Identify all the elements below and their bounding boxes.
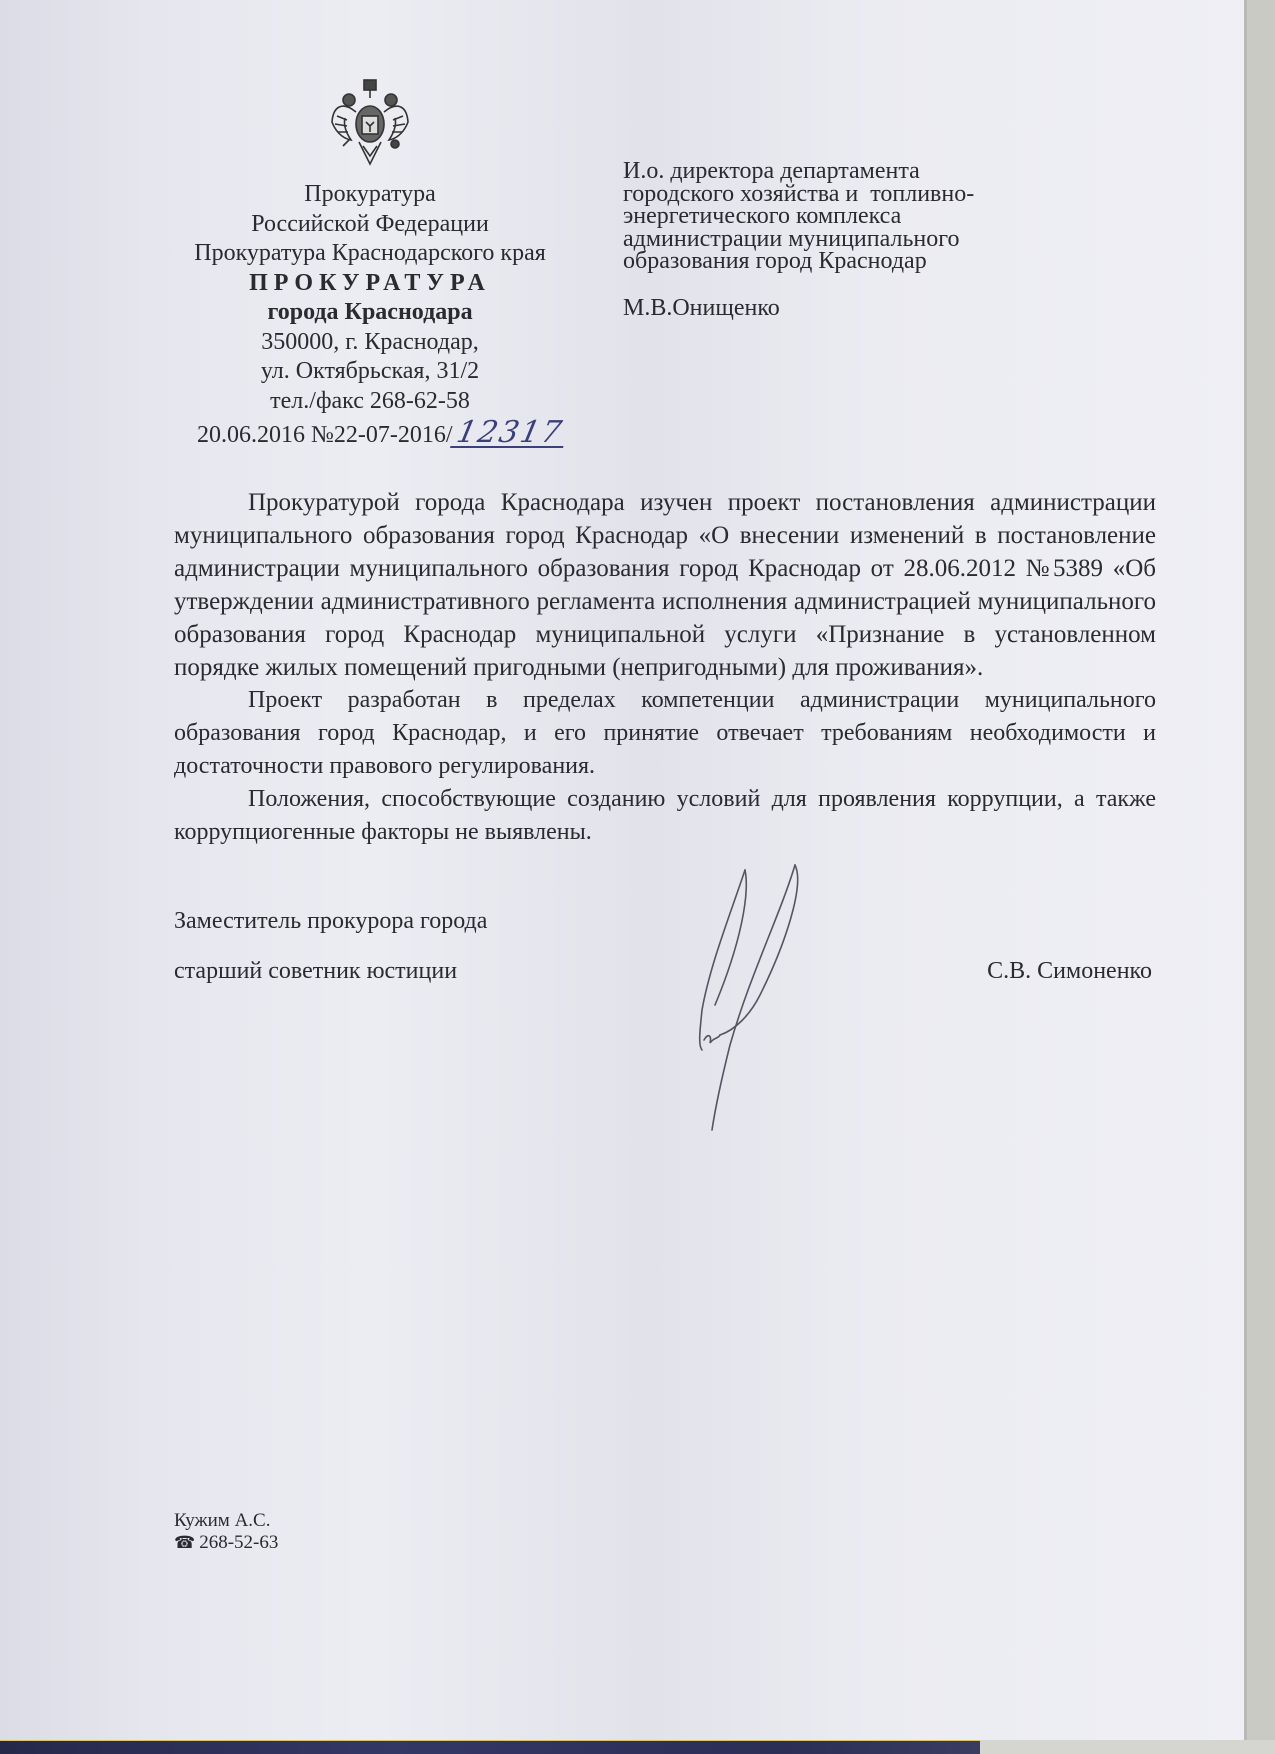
reference-line: 20.06.2016 №22-07-2016/12317 xyxy=(197,420,566,449)
addressee-line-4: администрации муниципального xyxy=(623,228,1083,251)
signer-title-1: Заместитель прокурора города xyxy=(174,908,1152,958)
org-line-1: Прокуратура xyxy=(150,180,590,210)
executor-info: Кужим А.С. ☎268-52-63 xyxy=(174,1510,278,1554)
body-paragraph-1: Прокуратурой города Краснодара изучен пр… xyxy=(174,486,1156,684)
org-line-3: Прокуратура Краснодарского края xyxy=(150,239,590,269)
body-paragraph-2: Проект разработан в пределах компетенции… xyxy=(174,684,1156,783)
org-city: города Краснодара xyxy=(150,298,590,328)
address-line-3: тел./факс 268-62-58 xyxy=(150,387,590,417)
addressee-line-2: городского хозяйства и топливно- xyxy=(623,183,1083,206)
addressee-line-5: образования город Краснодар xyxy=(623,250,1083,273)
scanner-artifact-strip xyxy=(0,1740,980,1754)
addressee-line-3: энергетического комплекса xyxy=(623,205,1083,228)
reference-date-number: 20.06.2016 №22-07-2016/ xyxy=(197,422,453,448)
telephone-icon: ☎ xyxy=(174,1533,195,1552)
executor-phone: 268-52-63 xyxy=(199,1532,278,1553)
handwritten-reference-number: 12317 xyxy=(450,420,569,448)
executor-name: Кужим А.С. xyxy=(174,1510,278,1532)
handwritten-signature-icon xyxy=(690,855,850,1135)
org-title: ПРОКУРАТУРА xyxy=(150,269,590,299)
addressee: И.о. директора департамента городского х… xyxy=(623,160,1083,319)
signer-name: С.В. Симоненко xyxy=(987,958,1152,985)
page-edge xyxy=(1244,0,1247,1740)
org-line-2: Российской Федерации xyxy=(150,210,590,240)
letter-body: Прокуратурой города Краснодара изучен пр… xyxy=(174,486,1156,849)
addressee-line-1: И.о. директора департамента xyxy=(623,160,1083,183)
address-line-1: 350000, г. Краснодар, xyxy=(150,328,590,358)
letterhead: Прокуратура Российской Федерации Прокура… xyxy=(150,78,590,416)
scanner-artifact-strip-right xyxy=(980,1740,1275,1754)
executor-phone-line: ☎268-52-63 xyxy=(174,1532,278,1554)
address-line-2: ул. Октябрьская, 31/2 xyxy=(150,357,590,387)
body-paragraph-3: Положения, способствующие созданию услов… xyxy=(174,783,1156,849)
coat-of-arms-icon xyxy=(329,78,411,170)
addressee-name: М.В.Онищенко xyxy=(623,297,1083,320)
signature-block: Заместитель прокурора города старший сов… xyxy=(174,908,1152,985)
